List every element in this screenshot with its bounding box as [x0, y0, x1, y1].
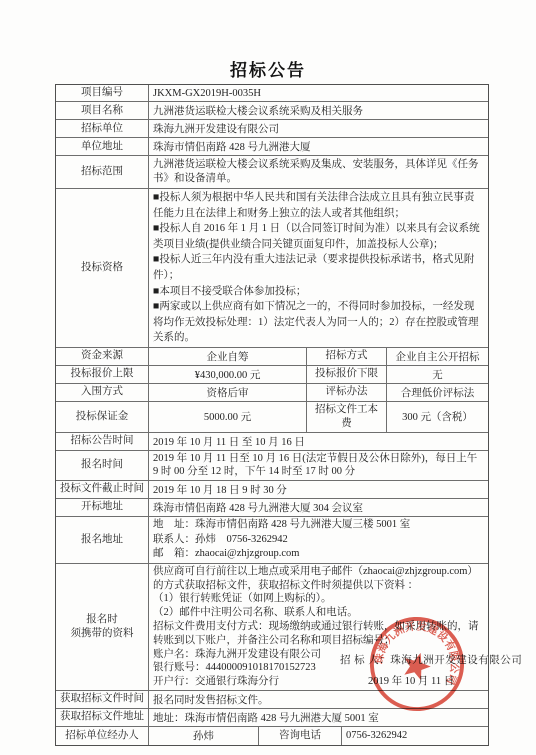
scanned-document-page: 招标公告 项目编号 JKXM-GX2019H-0035H 项目名称 九洲港货运联… [0, 0, 536, 755]
label-unit-address: 单位地址 [56, 138, 149, 155]
label-tender-method: 招标方式 [307, 348, 387, 365]
value-unit-address: 珠海市情侣南路 428 号九洲港大厦 [149, 138, 488, 155]
row-qualification: 投标资格 ■投标人须为根据中华人民共和国有关法律合法成立且具有独立民事责任能力且… [56, 189, 488, 348]
label-announce-time: 招标公告时间 [56, 433, 149, 450]
value-tender-method: 企业自主公开招标 [387, 348, 488, 365]
value-qualification: ■投标人须为根据中华人民共和国有关法律合法成立且具有独立民事责任能力且在法律上和… [149, 189, 488, 347]
label-qualification: 投标资格 [56, 189, 149, 347]
value-doc-obtain-time: 报名同时发售招标文件。 [149, 691, 488, 708]
row-agent-phone: 招标单位经办人 孙炜 咨询电话 0756-3262942 [56, 727, 488, 745]
label-signup-address: 报名地址 [56, 517, 149, 563]
label-signup-time: 报名时间 [56, 451, 149, 480]
row-shortlist-evaluation: 入围方式 资格后审 评标办法 合理低价评标法 [56, 384, 488, 402]
row-tender-scope: 招标范围 九洲港货运联检大楼会议系统采购及集成、安装服务，具体详见《任务书》和设… [56, 156, 488, 189]
label-signup-materials: 报名时 须携带的资料 [56, 564, 149, 690]
label-tender-scope: 招标范围 [56, 156, 149, 188]
value-agent: 孙炜 [149, 727, 259, 745]
value-doc-fee: 300 元（含税） [387, 402, 488, 432]
value-evaluation: 合理低价评标法 [387, 384, 488, 401]
row-signup-time: 报名时间 2019 年 10 月 11 日至 10 月 16 日(法定节假日及公… [56, 451, 488, 481]
value-announce-time: 2019 年 10 月 11 日 至 10 月 16 日 [149, 433, 488, 450]
tender-table: 项目编号 JKXM-GX2019H-0035H 项目名称 九洲港货运联检大楼会议… [55, 84, 489, 746]
row-bond-fee: 投标保证金 5000.00 元 招标文件工本费 300 元（含税） [56, 402, 488, 433]
page-title: 招标公告 [0, 56, 536, 81]
label-bid-bond: 投标保证金 [56, 402, 149, 432]
signature-date-line: 2019 年 10 月 11 日 [368, 673, 488, 688]
row-doc-obtain-time: 获取招标文件时间 报名同时发售招标文件。 [56, 691, 488, 709]
label-tender-unit: 招标单位 [56, 120, 149, 137]
row-opening-address: 开标地址 珠海市情侣南路 428 号九洲港大厦 304 会议室 [56, 499, 488, 517]
row-signup-materials: 报名时 须携带的资料 供应商可自行前往以上地点或采用电子邮件（zhaocai@z… [56, 564, 488, 691]
label-price-floor: 投标报价下限 [307, 366, 387, 383]
value-project-no: JKXM-GX2019H-0035H [149, 85, 488, 101]
value-signup-address: 地 址：珠海市情侣南路 428 号九洲港大厦三楼 5001 室 联系人：孙炜 0… [149, 517, 488, 563]
value-bid-deadline: 2019 年 10 月 18 日 9 时 30 分 [149, 481, 488, 498]
value-tender-scope: 九洲港货运联检大楼会议系统采购及集成、安装服务，具体详见《任务书》和设备清单。 [149, 156, 488, 188]
label-phone: 咨询电话 [259, 727, 342, 745]
label-funding-source: 资金来源 [56, 348, 149, 365]
row-signup-address: 报名地址 地 址：珠海市情侣南路 428 号九洲港大厦三楼 5001 室 联系人… [56, 517, 488, 564]
label-agent: 招标单位经办人 [56, 727, 149, 745]
label-doc-obtain-address: 获取招标文件地址 [56, 709, 149, 726]
value-opening-address: 珠海市情侣南路 428 号九洲港大厦 304 会议室 [149, 499, 488, 516]
bidder-signature-line: 招 标 人：珠海九洲开发建设有限公司 [340, 652, 536, 667]
row-bid-deadline: 投标文件截止时间 2019 年 10 月 18 日 9 时 30 分 [56, 481, 488, 499]
value-funding-source: 企业自筹 [149, 348, 307, 365]
row-project-name: 项目名称 九洲港货运联检大楼会议系统采购及相关服务 [56, 102, 488, 120]
value-shortlist: 资格后审 [149, 384, 307, 401]
value-price-floor: 无 [387, 366, 488, 383]
label-doc-fee: 招标文件工本费 [307, 402, 387, 432]
label-doc-obtain-time: 获取招标文件时间 [56, 691, 149, 708]
row-doc-obtain-address: 获取招标文件地址 地址：珠海市情侣南路 428 号九洲港大厦 5001 室 [56, 709, 488, 727]
row-tender-unit: 招标单位 珠海九洲开发建设有限公司 [56, 120, 488, 138]
row-announce-time: 招标公告时间 2019 年 10 月 11 日 至 10 月 16 日 [56, 433, 488, 451]
label-project-no: 项目编号 [56, 85, 149, 101]
value-project-name: 九洲港货运联检大楼会议系统采购及相关服务 [149, 102, 488, 119]
label-opening-address: 开标地址 [56, 499, 149, 516]
value-bid-bond: 5000.00 元 [149, 402, 307, 432]
value-signup-materials: 供应商可自行前往以上地点或采用电子邮件（zhaocai@zhjzgroup.co… [149, 564, 488, 690]
row-funding-method: 资金来源 企业自筹 招标方式 企业自主公开招标 [56, 348, 488, 366]
label-shortlist: 入围方式 [56, 384, 149, 401]
label-project-name: 项目名称 [56, 102, 149, 119]
label-bid-deadline: 投标文件截止时间 [56, 481, 149, 498]
value-phone: 0756-3262942 [342, 727, 488, 745]
value-price-cap: ¥430,000.00 元 [149, 366, 307, 383]
row-price-limits: 投标报价上限 ¥430,000.00 元 投标报价下限 无 [56, 366, 488, 384]
value-doc-obtain-address: 地址：珠海市情侣南路 428 号九洲港大厦 5001 室 [149, 709, 488, 726]
row-project-no: 项目编号 JKXM-GX2019H-0035H [56, 85, 488, 102]
label-evaluation: 评标办法 [307, 384, 387, 401]
label-price-cap: 投标报价上限 [56, 366, 149, 383]
value-signup-time: 2019 年 10 月 11 日至 10 月 16 日(法定节假日及公休日除外)… [149, 451, 488, 480]
value-tender-unit: 珠海九洲开发建设有限公司 [149, 120, 488, 137]
row-unit-address: 单位地址 珠海市情侣南路 428 号九洲港大厦 [56, 138, 488, 156]
